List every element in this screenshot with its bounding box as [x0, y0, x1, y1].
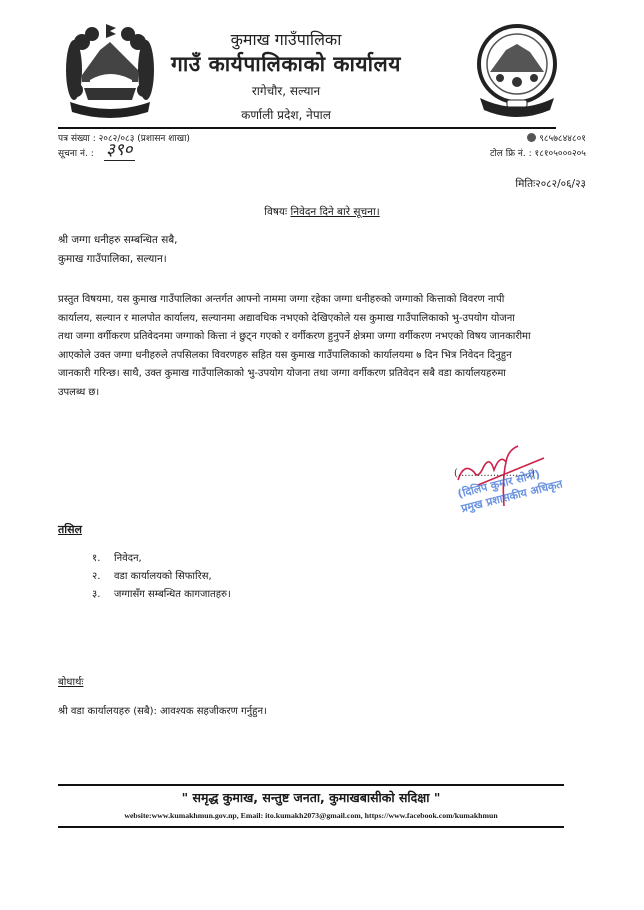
- footer-slogan: " समृद्ध कुमाख, सन्तुष्ट जनता, कुमाखबासी…: [58, 789, 564, 806]
- body-line: प्रस्तुत विषयमा, यस कुमाख गाउँपालिका अन्…: [58, 291, 598, 310]
- body-line: कार्यालय, सल्यान र मालपोत कार्यालय, सल्य…: [58, 310, 598, 329]
- office-province: कर्णाली प्रदेश, नेपाल: [160, 106, 412, 123]
- footer-divider-bottom: [58, 826, 564, 828]
- subject-text: निवेदन दिने बारे सूचना।: [290, 206, 379, 218]
- municipality-seal-logo: [476, 20, 558, 120]
- subject-label: विषयः: [264, 206, 287, 218]
- subject-line: विषयः निवेदन दिने बारे सूचना।: [0, 205, 644, 219]
- addressee-line-1: श्री जग्गा धनीहरु सम्बन्धित सबै,: [58, 231, 177, 250]
- toll-free-number: टोल फ्रि नं. : १८१०५०००२०५: [490, 146, 586, 159]
- cc-line: श्री वडा कार्यालयहरु (सबै): आवश्यक सहजीक…: [58, 703, 267, 717]
- body-line: आएकोले उक्त जग्गा धनीहरुले तपसिलका विवरण…: [58, 347, 598, 366]
- municipality-name: कुमाख गाउँपालिका: [160, 28, 412, 50]
- details-item: ३.जग्गासँग सम्बन्धित कागजातहरु।: [92, 586, 231, 604]
- office-name: गाउँ कार्यपालिकाको कार्यालय: [160, 50, 412, 78]
- letter-date: मितिः२०८२/०६/२३: [515, 177, 586, 191]
- body-line: जानकारी गरिन्छ। साथै, उक्त कुमाख गाउँपाल…: [58, 365, 598, 384]
- body-line: उपलब्ध छ।: [58, 384, 598, 403]
- body-line: तथा जग्गा वर्गीकरण प्रतिवेदनमा जग्गाको क…: [58, 328, 598, 347]
- notice-number-label: सूचना नं. :: [58, 146, 94, 159]
- cc-heading: बोधार्थः: [58, 674, 83, 688]
- nepal-emblem-logo: [62, 20, 158, 120]
- phone-row: ९८५७८४४८०१: [527, 131, 586, 144]
- details-item: १.निवेदन,: [92, 550, 231, 568]
- phone-number: ९८५७८४४८०१: [539, 131, 586, 144]
- phone-icon: [527, 133, 536, 142]
- details-list: १.निवेदन, २.वडा कार्यालयको सिफारिस, ३.जग…: [92, 550, 231, 604]
- body-paragraph: प्रस्तुत विषयमा, यस कुमाख गाउँपालिका अन्…: [58, 291, 598, 402]
- addressee-line-2: कुमाख गाउँपालिका, सल्यान।: [58, 250, 177, 269]
- notice-number-value: ३९०: [104, 140, 135, 161]
- footer-divider-top: [58, 784, 564, 786]
- addressee: श्री जग्गा धनीहरु सम्बन्धित सबै, कुमाख ग…: [58, 231, 177, 268]
- footer-contact: website:www.kumakhmun.gov.np, Email: ito…: [58, 811, 564, 820]
- details-heading: तसिल: [58, 522, 82, 537]
- header-divider: [58, 127, 556, 129]
- signature-block: (.......................) (दिलिप कुमार स…: [440, 440, 590, 540]
- details-item: २.वडा कार्यालयको सिफारिस,: [92, 568, 231, 586]
- office-location: रागेचौर, सल्यान: [160, 82, 412, 99]
